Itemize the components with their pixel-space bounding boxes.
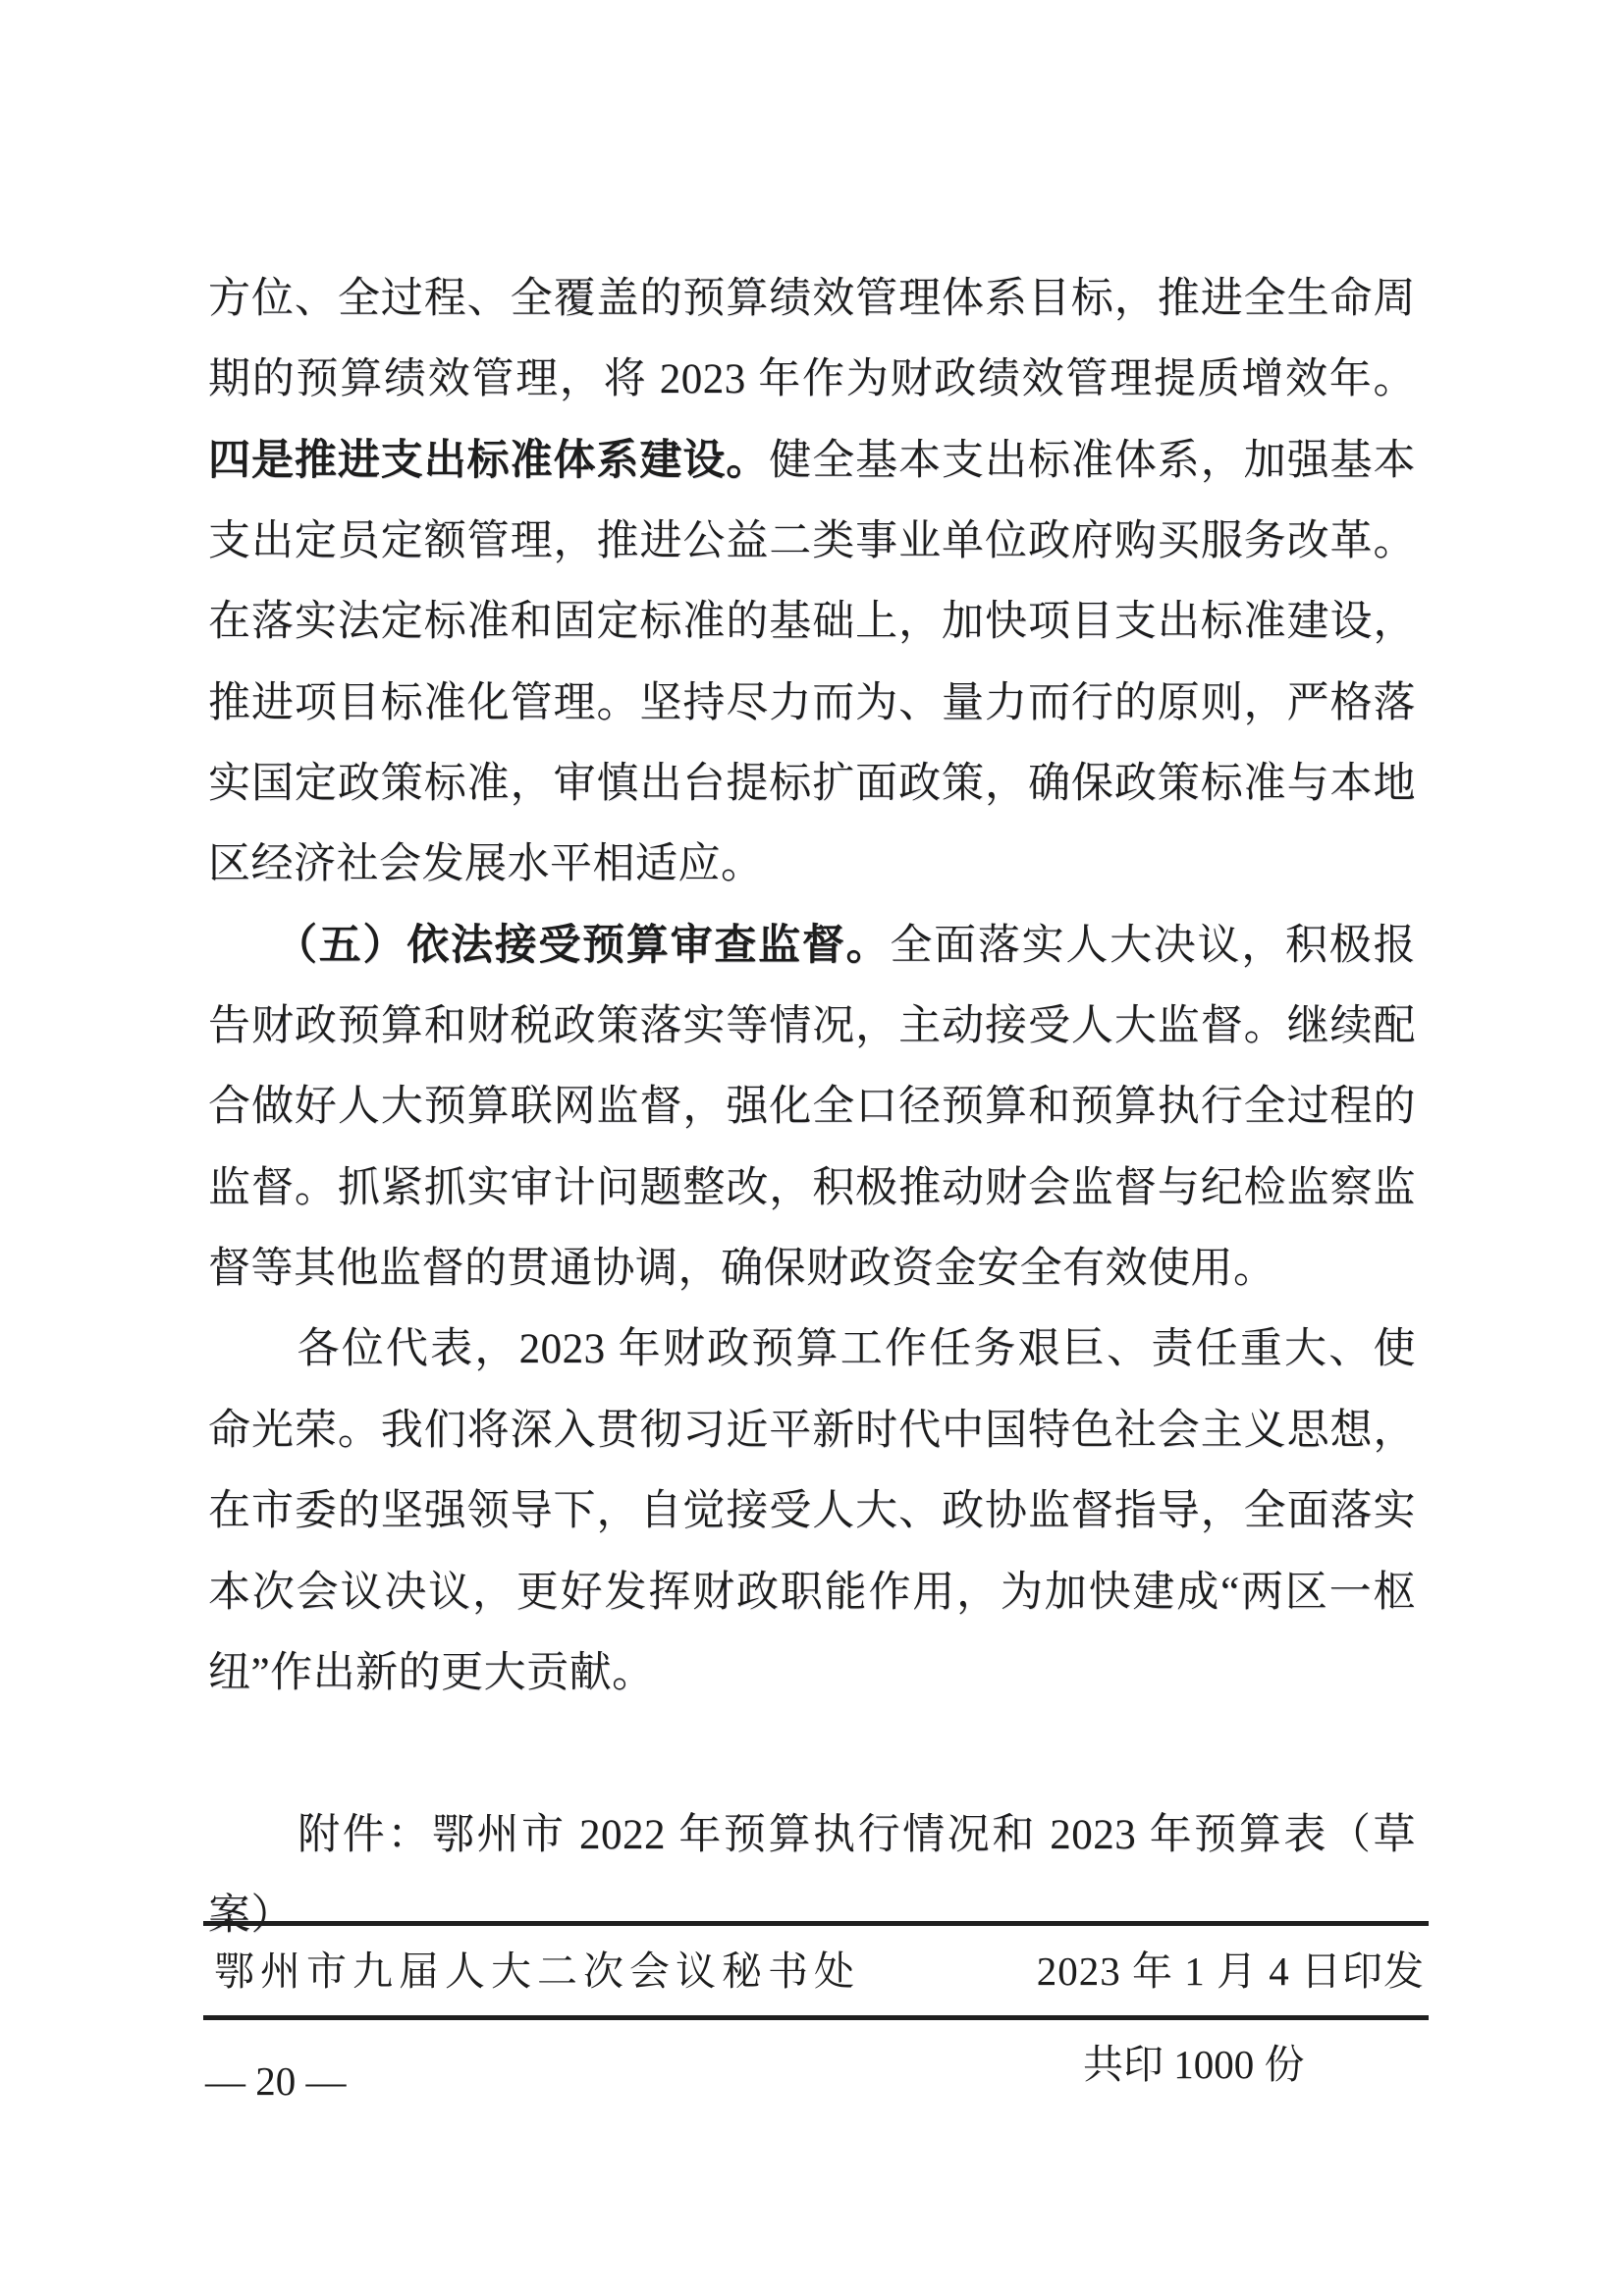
text-line: 区经济社会发展水平相适应。 [208,825,1416,905]
text-segment: 在落实法定标准和固定标准的基础上，加快项目支出标准建设， [208,599,1416,645]
text-line: 期的预算绩效管理，将 2023 年作为财政绩效管理提质增效年。 [208,340,1416,420]
text-line: 命光荣。我们将深入贯彻习近平新时代中国特色社会主义思想， [208,1391,1416,1471]
text-segment: 方位、全过程、全覆盖的预算绩效管理体系目标，推进全生命周 [208,276,1416,322]
text-line: 四是推进支出标准体系建设。健全基本支出标准体系，加强基本 [208,421,1416,502]
text-segment: 告财政预算和财税政策落实等情况，主动接受人大监督。继续配 [208,1003,1416,1049]
text-segment: 各位代表，2023 年财政预算工作任务艰巨、责任重大、使 [208,1326,1416,1372]
text-segment: 本次会议决议，更好发挥财政职能作用，为加快建成“两区一枢 [208,1570,1416,1616]
text-line: 在落实法定标准和固定标准的基础上，加快项目支出标准建设， [208,582,1416,663]
text-segment: 推进项目标准化管理。坚持尽力而为、量力而行的原则，严格落 [208,680,1416,726]
text-segment: 在市委的坚强领导下，自觉接受人大、政协监督指导，全面落实 [208,1488,1416,1534]
text-line: 支出定员定额管理，推进公益二类事业单位政府购买服务改革。 [208,502,1416,582]
page-number: — 20 — [205,2057,347,2105]
text-segment: 四是推进支出标准体系建设。 [208,438,769,484]
text-segment: 合做好人大预算联网监督，强化全口径预算和预算执行全过程的 [208,1084,1416,1130]
text-line [208,1714,1416,1794]
text-line: 推进项目标准化管理。坚持尽力而为、量力而行的原则，严格落 [208,664,1416,744]
print-count-label: 共印 1000 份 [1083,2040,1305,2089]
text-line: 在市委的坚强领导下，自觉接受人大、政协监督指导，全面落实 [208,1471,1416,1552]
text-line: 方位、全过程、全覆盖的预算绩效管理体系目标，推进全生命周 [208,259,1416,340]
text-segment: 实国定政策标准，审慎出台提标扩面政策，确保政策标准与本地 [208,761,1416,807]
text-line: 实国定政策标准，审慎出台提标扩面政策，确保政策标准与本地 [208,744,1416,825]
text-segment: 期的预算绩效管理，将 2023 年作为财政绩效管理提质增效年。 [208,356,1416,402]
text-line: 监督。抓紧抓实审计问题整改，积极推动财会监督与纪检监察监 [208,1148,1416,1229]
print-date-label: 2023 年 1 月 4 日印发 [1037,1947,1425,1996]
text-segment: 附件：鄂州市 2022 年预算执行情况和 2023 年预算表（草案） [208,1812,1416,1939]
footer-rule-top [203,1921,1429,1926]
text-line: 各位代表，2023 年财政预算工作任务艰巨、责任重大、使 [208,1309,1416,1390]
text-segment: 监督。抓紧抓实审计问题整改，积极推动财会监督与纪检监察监 [208,1165,1416,1211]
text-line: 合做好人大预算联网监督，强化全口径预算和预算执行全过程的 [208,1067,1416,1148]
text-segment: 命光荣。我们将深入贯彻习近平新时代中国特色社会主义思想， [208,1408,1416,1454]
text-line: 告财政预算和财税政策落实等情况，主动接受人大监督。继续配 [208,987,1416,1067]
text-segment: 区经济社会发展水平相适应。 [208,841,764,887]
text-segment [208,923,296,969]
document-page: 方位、全过程、全覆盖的预算绩效管理体系目标，推进全生命周期的预算绩效管理，将 2… [0,0,1624,2296]
body-text: 方位、全过程、全覆盖的预算绩效管理体系目标，推进全生命周期的预算绩效管理，将 2… [208,259,1416,1876]
text-line: 督等其他监督的贯通协调，确保财政资金安全有效使用。 [208,1229,1416,1309]
text-line: 本次会议决议，更好发挥财政职能作用，为加快建成“两区一枢 [208,1553,1416,1633]
text-segment: 支出定员定额管理，推进公益二类事业单位政府购买服务改革。 [208,518,1416,564]
text-segment: 全面落实人大决议，积极报 [890,923,1416,969]
text-line: 附件：鄂州市 2022 年预算执行情况和 2023 年预算表（草案） [208,1795,1416,1876]
text-segment: 纽”作出新的更大贡献。 [208,1650,655,1696]
text-line: 纽”作出新的更大贡献。 [208,1633,1416,1714]
text-line: （五）依法接受预算审查监督。全面落实人大决议，积极报 [208,906,1416,987]
secretariat-label: 鄂州市九届人大二次会议秘书处 [214,1947,860,1996]
text-segment: 健全基本支出标准体系，加强基本 [769,438,1416,484]
footer-rule-bottom [203,2015,1429,2020]
text-segment: （五）依法接受预算审查监督。 [296,923,890,969]
text-segment: 督等其他监督的贯通协调，确保财政资金安全有效使用。 [208,1246,1276,1292]
